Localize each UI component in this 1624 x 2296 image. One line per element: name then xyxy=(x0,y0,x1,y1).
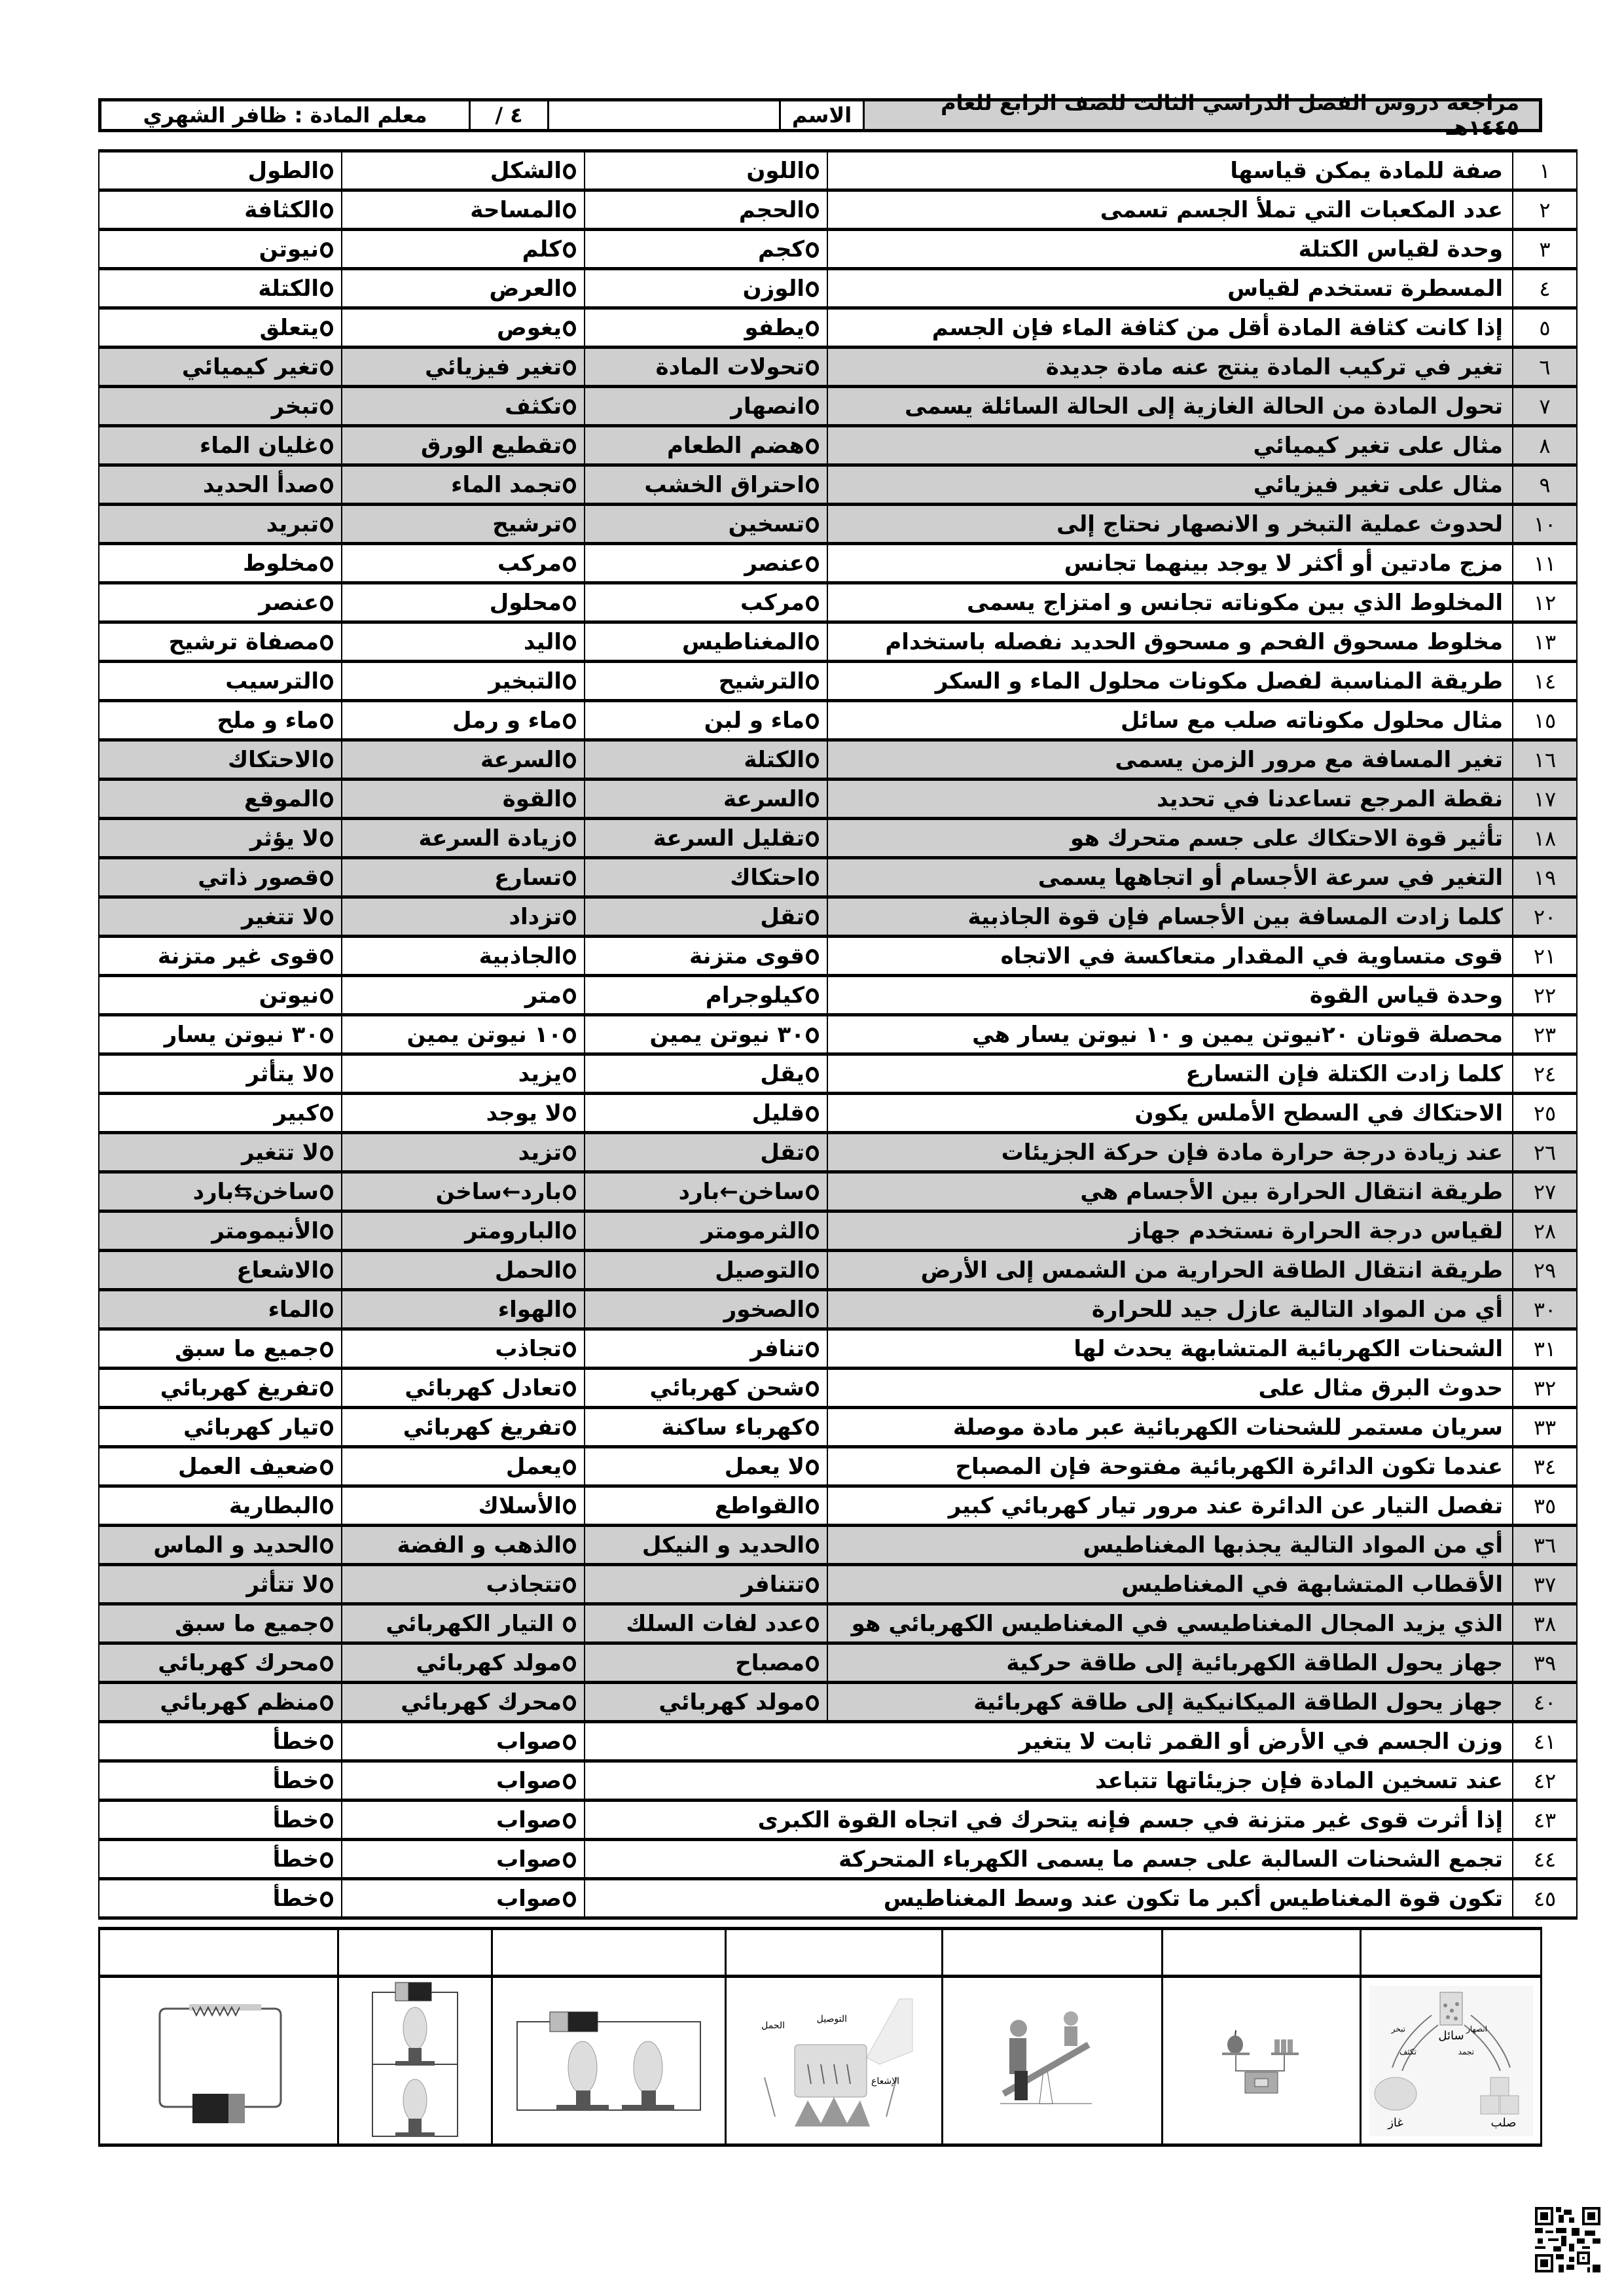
radio-circle-icon[interactable] xyxy=(563,792,576,808)
answer-cell-heat[interactable] xyxy=(726,1929,943,1977)
answer-option[interactable]: تكثف xyxy=(342,387,585,426)
answer-option[interactable]: خطأ xyxy=(99,1879,342,1918)
answer-option[interactable]: الوزن xyxy=(585,269,827,308)
question-number: ٤٠ xyxy=(1513,1683,1577,1722)
answer-option[interactable]: تتنافر xyxy=(585,1565,827,1604)
question-text: جهاز يحول الطاقة الميكانيكية إلى طاقة كه… xyxy=(827,1683,1513,1722)
radio-circle-icon[interactable] xyxy=(806,753,819,768)
answer-option[interactable]: يغوص xyxy=(342,308,585,348)
answer-option[interactable]: يعمل xyxy=(342,1447,585,1486)
radio-circle-icon[interactable] xyxy=(806,1420,819,1436)
question-row: ٤٥تكون قوة المغناطيس أكبر ما تكون عند وس… xyxy=(99,1879,1577,1918)
radio-circle-icon[interactable] xyxy=(320,1617,333,1632)
answer-option[interactable]: السرعة xyxy=(342,740,585,780)
answer-option[interactable]: صواب xyxy=(342,1879,585,1918)
option-label: الهواء xyxy=(498,1297,562,1323)
answer-option[interactable]: احتراق الخشب xyxy=(585,465,827,505)
answer-option[interactable]: السرعة xyxy=(585,780,827,819)
answer-option[interactable]: الحمل xyxy=(342,1251,585,1290)
answer-option[interactable]: منظم كهربائي xyxy=(99,1683,342,1722)
answer-option[interactable]: التوصيل xyxy=(585,1251,827,1290)
radio-circle-icon[interactable] xyxy=(563,1263,576,1279)
radio-circle-icon[interactable] xyxy=(563,360,576,376)
radio-circle-icon[interactable] xyxy=(806,635,819,651)
radio-circle-icon[interactable] xyxy=(320,596,333,611)
answer-option[interactable]: الشكل xyxy=(342,151,585,190)
answer-option[interactable]: لا تتأثر xyxy=(99,1565,342,1604)
radio-circle-icon[interactable] xyxy=(563,399,576,415)
answer-option[interactable]: تفريغ كهربائي xyxy=(99,1369,342,1408)
answer-option[interactable]: نيوتن xyxy=(99,230,342,269)
question-row: ١٧نقطة المرجع تساعدنا في تحديدالسرعةالقو… xyxy=(99,780,1577,819)
answer-cell-electromagnet[interactable] xyxy=(99,1929,338,1977)
answer-option[interactable]: كيلوجرام xyxy=(585,976,827,1015)
radio-circle-icon[interactable] xyxy=(806,556,819,572)
answer-option[interactable]: ماء و لبن xyxy=(585,701,827,740)
radio-circle-icon[interactable] xyxy=(320,517,333,533)
answer-option[interactable]: كلم xyxy=(342,230,585,269)
answer-option[interactable]: ٣٠ نيوتن يسار xyxy=(99,1015,342,1054)
radio-circle-icon[interactable] xyxy=(563,1734,576,1750)
radio-circle-icon[interactable] xyxy=(563,1499,576,1515)
answer-option[interactable]: البطارية xyxy=(99,1486,342,1526)
answer-option[interactable]: بارد←ساخن xyxy=(342,1172,585,1211)
answer-option[interactable]: تحولات المادة xyxy=(585,348,827,387)
answer-option[interactable]: الحديد و النيكل xyxy=(585,1526,827,1565)
answer-option[interactable]: كبير xyxy=(99,1094,342,1133)
option-label: تجمد الماء xyxy=(451,472,562,498)
answer-option[interactable]: الطول xyxy=(99,151,342,190)
option-label: كجم xyxy=(758,236,804,262)
radio-circle-icon[interactable] xyxy=(563,478,576,493)
answer-option[interactable]: مركب xyxy=(342,544,585,583)
answer-option[interactable]: العرض xyxy=(342,269,585,308)
answer-option[interactable]: تبخر xyxy=(99,387,342,426)
answer-option[interactable]: احتكاك xyxy=(585,858,827,897)
answer-option[interactable]: جميع ما سبق xyxy=(99,1329,342,1369)
answer-option[interactable]: خطأ xyxy=(99,1722,342,1761)
radio-circle-icon[interactable] xyxy=(320,439,333,454)
radio-circle-icon[interactable] xyxy=(320,203,333,219)
radio-circle-icon[interactable] xyxy=(320,910,333,925)
answer-option[interactable]: متر xyxy=(342,976,585,1015)
answer-option[interactable]: لا يوجد xyxy=(342,1094,585,1133)
question-number: ٢٤ xyxy=(1513,1054,1577,1094)
option-label: المغناطيس xyxy=(682,629,804,655)
answer-option[interactable]: لا يؤثر xyxy=(99,819,342,858)
radio-circle-icon[interactable] xyxy=(563,1342,576,1357)
radio-circle-icon[interactable] xyxy=(806,1028,819,1043)
radio-circle-icon[interactable] xyxy=(320,1538,333,1554)
answer-option[interactable]: تيار كهربائي xyxy=(99,1408,342,1447)
svg-text:الإشعاع: الإشعاع xyxy=(871,2076,899,2087)
answer-option[interactable]: ساخن←بارد xyxy=(585,1172,827,1211)
radio-circle-icon[interactable] xyxy=(320,1695,333,1711)
answer-option[interactable]: تفريغ كهربائي xyxy=(342,1408,585,1447)
answer-option[interactable]: تقل xyxy=(585,1133,827,1172)
answer-option[interactable]: ٣٠ نيوتن يمين xyxy=(585,1015,827,1054)
radio-circle-icon[interactable] xyxy=(563,1460,576,1475)
answer-option[interactable]: قوى غير متزنة xyxy=(99,937,342,976)
question-row: ٤المسطرة تستخدم لقياسالوزنالعرضالكتلة xyxy=(99,269,1577,308)
radio-circle-icon[interactable] xyxy=(320,674,333,690)
answer-option[interactable]: البارومتر xyxy=(342,1211,585,1251)
radio-circle-icon[interactable] xyxy=(563,831,576,847)
radio-circle-icon[interactable] xyxy=(563,203,576,219)
answer-option[interactable]: لا يعمل xyxy=(585,1447,827,1486)
answer-option[interactable]: الموقع xyxy=(99,780,342,819)
answer-option[interactable]: زيادة السرعة xyxy=(342,819,585,858)
answer-option[interactable]: الماء xyxy=(99,1290,342,1329)
radio-circle-icon[interactable] xyxy=(806,949,819,965)
answer-option[interactable]: قصور ذاتي xyxy=(99,858,342,897)
radio-circle-icon[interactable] xyxy=(563,1577,576,1593)
radio-circle-icon[interactable] xyxy=(563,870,576,886)
radio-circle-icon[interactable] xyxy=(563,1538,576,1554)
radio-circle-icon[interactable] xyxy=(320,949,333,965)
answer-option[interactable]: محرك كهربائي xyxy=(99,1643,342,1683)
answer-option[interactable]: تقل xyxy=(585,897,827,937)
answer-cell-parallel[interactable] xyxy=(338,1929,492,1977)
radio-circle-icon[interactable] xyxy=(806,1577,819,1593)
answer-option[interactable]: يتعلق xyxy=(99,308,342,348)
question-number: ٣٩ xyxy=(1513,1643,1577,1683)
radio-circle-icon[interactable] xyxy=(563,596,576,611)
answer-option[interactable]: ماء و رمل xyxy=(342,701,585,740)
radio-circle-icon[interactable] xyxy=(320,1106,333,1122)
answer-option[interactable]: الحجم xyxy=(585,190,827,230)
radio-circle-icon[interactable] xyxy=(320,1774,333,1789)
radio-circle-icon[interactable] xyxy=(320,1028,333,1043)
answer-option[interactable]: الصخور xyxy=(585,1290,827,1329)
answer-option[interactable]: صواب xyxy=(342,1722,585,1761)
answer-option[interactable]: خطأ xyxy=(99,1801,342,1840)
answer-option[interactable]: الاحتكاك xyxy=(99,740,342,780)
radio-circle-icon[interactable] xyxy=(563,1028,576,1043)
option-label: تتجاذب xyxy=(486,1571,562,1598)
radio-circle-icon[interactable] xyxy=(320,753,333,768)
radio-circle-icon[interactable] xyxy=(563,1656,576,1672)
radio-circle-icon[interactable] xyxy=(563,1695,576,1711)
answer-cell-balance[interactable] xyxy=(1163,1929,1361,1977)
option-label: احتكاك xyxy=(730,865,804,891)
answer-option[interactable]: الحديد و الماس xyxy=(99,1526,342,1565)
radio-circle-icon[interactable] xyxy=(563,517,576,533)
answer-cell-series[interactable] xyxy=(492,1929,726,1977)
answer-cell-seesaw[interactable] xyxy=(943,1929,1163,1977)
radio-circle-icon[interactable] xyxy=(320,478,333,493)
radio-circle-icon[interactable] xyxy=(563,1067,576,1083)
radio-circle-icon[interactable] xyxy=(320,399,333,415)
answer-option[interactable]: ماء و ملح xyxy=(99,701,342,740)
answer-cell-states[interactable] xyxy=(1361,1929,1542,1977)
answer-option[interactable]: مصباح xyxy=(585,1643,827,1683)
answer-option[interactable]: ساخن⇆بارد xyxy=(99,1172,342,1211)
answer-option[interactable]: صواب xyxy=(342,1801,585,1840)
answer-option[interactable]: الترسيب xyxy=(99,662,342,701)
question-number: ١٤ xyxy=(1513,662,1577,701)
radio-circle-icon[interactable] xyxy=(563,1224,576,1240)
answer-option[interactable]: عنصر xyxy=(585,544,827,583)
answer-option[interactable]: الأسلاك xyxy=(342,1486,585,1526)
radio-circle-icon[interactable] xyxy=(806,281,819,297)
radio-circle-icon[interactable] xyxy=(320,1381,333,1397)
radio-circle-icon[interactable] xyxy=(320,1813,333,1829)
radio-circle-icon[interactable] xyxy=(320,164,333,179)
answer-option[interactable]: تغير فيزيائي xyxy=(342,348,585,387)
answer-option[interactable]: عنصر xyxy=(99,583,342,622)
answer-option[interactable]: تزداد xyxy=(342,897,585,937)
answer-option[interactable]: ترشيح xyxy=(342,505,585,544)
option-label: بارد←ساخن xyxy=(436,1179,562,1205)
radio-circle-icon[interactable] xyxy=(806,1067,819,1083)
radio-circle-icon[interactable] xyxy=(806,478,819,493)
answer-option[interactable]: تقطيع الورق xyxy=(342,426,585,465)
radio-circle-icon[interactable] xyxy=(806,517,819,533)
radio-circle-icon[interactable] xyxy=(563,1852,576,1868)
radio-circle-icon[interactable] xyxy=(320,1852,333,1868)
question-text: تغير المسافة مع مرور الزمن يسمى xyxy=(827,740,1513,780)
heat-transfer-icon: الحمل التوصيل الإشعاع xyxy=(749,1992,919,2130)
answer-option[interactable]: مولد كهربائي xyxy=(585,1683,827,1722)
answer-option[interactable]: الثرمومتر xyxy=(585,1211,827,1251)
radio-circle-icon[interactable] xyxy=(806,439,819,454)
radio-circle-icon[interactable] xyxy=(806,988,819,1004)
answer-option[interactable]: اللون xyxy=(585,151,827,190)
answer-option[interactable]: تنافر xyxy=(585,1329,827,1369)
radio-circle-icon[interactable] xyxy=(806,1695,819,1711)
radio-circle-icon[interactable] xyxy=(806,399,819,415)
radio-circle-icon[interactable] xyxy=(320,281,333,297)
radio-circle-icon[interactable] xyxy=(320,242,333,258)
svg-text:سائل: سائل xyxy=(1438,2029,1464,2043)
answer-option[interactable]: قوى متزنة xyxy=(585,937,827,976)
radio-circle-icon[interactable] xyxy=(320,988,333,1004)
radio-circle-icon[interactable] xyxy=(320,1460,333,1475)
radio-circle-icon[interactable] xyxy=(806,1499,819,1515)
answer-option[interactable]: صواب xyxy=(342,1840,585,1879)
radio-circle-icon[interactable] xyxy=(320,360,333,376)
radio-circle-icon[interactable] xyxy=(563,1106,576,1122)
answer-option[interactable]: مركب xyxy=(585,583,827,622)
radio-circle-icon[interactable] xyxy=(806,674,819,690)
radio-circle-icon[interactable] xyxy=(806,713,819,729)
radio-circle-icon[interactable] xyxy=(563,1774,576,1789)
question-text: سريان مستمر للشحنات الكهربائية عبر مادة … xyxy=(827,1408,1513,1447)
radio-circle-icon[interactable] xyxy=(806,1381,819,1397)
answer-option[interactable]: قليل xyxy=(585,1094,827,1133)
answer-option[interactable]: كهرباء ساكنة xyxy=(585,1408,827,1447)
answer-option[interactable]: الكتلة xyxy=(99,269,342,308)
radio-circle-icon[interactable] xyxy=(806,792,819,808)
radio-circle-icon[interactable] xyxy=(806,1538,819,1554)
answer-option[interactable]: تجمد الماء xyxy=(342,465,585,505)
name-field[interactable] xyxy=(547,101,779,129)
answer-option[interactable]: لا تتغير xyxy=(99,1133,342,1172)
radio-circle-icon[interactable] xyxy=(806,1185,819,1200)
radio-circle-icon[interactable] xyxy=(320,321,333,336)
radio-circle-icon[interactable] xyxy=(320,1892,333,1907)
answer-option[interactable]: تتجاذب xyxy=(342,1565,585,1604)
answer-option[interactable]: تعادل كهربائي xyxy=(342,1369,585,1408)
radio-circle-icon[interactable] xyxy=(320,1067,333,1083)
answer-option[interactable]: يطفو xyxy=(585,308,827,348)
radio-circle-icon[interactable] xyxy=(320,1577,333,1593)
answer-option[interactable]: الأنيمومتر xyxy=(99,1211,342,1251)
question-row: ٢٠كلما زادت المسافة بين الأجسام فإن قوة … xyxy=(99,897,1577,937)
radio-circle-icon[interactable] xyxy=(806,1263,819,1279)
radio-circle-icon[interactable] xyxy=(806,242,819,258)
answer-option[interactable]: الاشعاع xyxy=(99,1251,342,1290)
radio-circle-icon[interactable] xyxy=(806,1224,819,1240)
option-label: الذهب و الفضة xyxy=(397,1532,562,1558)
radio-circle-icon[interactable] xyxy=(806,831,819,847)
radio-circle-icon[interactable] xyxy=(563,1617,576,1632)
answer-option[interactable]: خطأ xyxy=(99,1761,342,1801)
answer-option[interactable]: كجم xyxy=(585,230,827,269)
radio-circle-icon[interactable] xyxy=(320,1302,333,1318)
option-label: الطول xyxy=(248,158,319,184)
radio-circle-icon[interactable] xyxy=(563,1185,576,1200)
radio-circle-icon[interactable] xyxy=(563,1381,576,1397)
radio-circle-icon[interactable] xyxy=(806,910,819,925)
radio-circle-icon[interactable] xyxy=(320,831,333,847)
radio-circle-icon[interactable] xyxy=(563,910,576,925)
radio-circle-icon[interactable] xyxy=(563,439,576,454)
answer-option[interactable]: يقل xyxy=(585,1054,827,1094)
answer-option[interactable]: خطأ xyxy=(99,1840,342,1879)
answer-option[interactable]: هضم الطعام xyxy=(585,426,827,465)
radio-circle-icon[interactable] xyxy=(320,556,333,572)
radio-circle-icon[interactable] xyxy=(320,1499,333,1515)
radio-circle-icon[interactable] xyxy=(806,203,819,219)
radio-circle-icon[interactable] xyxy=(806,1302,819,1318)
option-label: خطأ xyxy=(273,1807,319,1833)
answer-option[interactable]: مولد كهربائي xyxy=(342,1643,585,1683)
radio-circle-icon[interactable] xyxy=(806,596,819,611)
answer-option[interactable]: التبخير xyxy=(342,662,585,701)
question-text: التغير في سرعة الأجسام أو اتجاهها يسمى xyxy=(827,858,1513,897)
answer-option[interactable]: تسارع xyxy=(342,858,585,897)
radio-circle-icon[interactable] xyxy=(563,556,576,572)
answer-option[interactable]: غليان الماء xyxy=(99,426,342,465)
answer-option[interactable]: صواب xyxy=(342,1761,585,1801)
answer-option[interactable]: صدأ الحديد xyxy=(99,465,342,505)
answer-option[interactable]: المغناطيس xyxy=(585,622,827,662)
answer-option[interactable]: ١٠ نيوتن يمين xyxy=(342,1015,585,1054)
radio-circle-icon[interactable] xyxy=(320,870,333,886)
answer-option[interactable]: القوة xyxy=(342,780,585,819)
answer-option[interactable]: الكتلة xyxy=(585,740,827,780)
radio-circle-icon[interactable] xyxy=(563,1145,576,1161)
radio-circle-icon[interactable] xyxy=(806,360,819,376)
radio-circle-icon[interactable] xyxy=(806,1460,819,1475)
radio-circle-icon[interactable] xyxy=(320,1145,333,1161)
answer-option[interactable]: جميع ما سبق xyxy=(99,1604,342,1643)
radio-circle-icon[interactable] xyxy=(563,674,576,690)
question-text: أي من المواد التالية عازل جيد للحرارة xyxy=(827,1290,1513,1329)
radio-circle-icon[interactable] xyxy=(563,635,576,651)
radio-circle-icon[interactable] xyxy=(563,1302,576,1318)
answer-option[interactable]: تبريد xyxy=(99,505,342,544)
answer-option[interactable]: القواطع xyxy=(585,1486,827,1526)
radio-circle-icon[interactable] xyxy=(563,988,576,1004)
answer-option[interactable]: الترشيح xyxy=(585,662,827,701)
radio-circle-icon[interactable] xyxy=(563,1813,576,1829)
radio-circle-icon[interactable] xyxy=(806,1145,819,1161)
radio-circle-icon[interactable] xyxy=(320,1263,333,1279)
radio-circle-icon[interactable] xyxy=(806,321,819,336)
answer-option[interactable]: الجاذبية xyxy=(342,937,585,976)
option-label: تتنافر xyxy=(741,1571,804,1598)
radio-circle-icon[interactable] xyxy=(563,321,576,336)
radio-circle-icon[interactable] xyxy=(563,1420,576,1436)
radio-circle-icon[interactable] xyxy=(806,1106,819,1122)
question-row: ٣٠أي من المواد التالية عازل جيد للحرارةا… xyxy=(99,1290,1577,1329)
answer-option[interactable]: نيوتن xyxy=(99,976,342,1015)
answer-option[interactable]: مخلوط xyxy=(99,544,342,583)
answer-option[interactable]: التيار الكهربائي xyxy=(342,1604,585,1643)
radio-circle-icon[interactable] xyxy=(563,1892,576,1907)
radio-circle-icon[interactable] xyxy=(320,1420,333,1436)
answer-option[interactable]: تغير كيميائي xyxy=(99,348,342,387)
answer-option[interactable]: شحن كهربائي xyxy=(585,1369,827,1408)
answer-option[interactable]: تسخين xyxy=(585,505,827,544)
radio-circle-icon[interactable] xyxy=(806,164,819,179)
radio-circle-icon[interactable] xyxy=(320,1224,333,1240)
radio-circle-icon[interactable] xyxy=(806,1342,819,1357)
radio-circle-icon[interactable] xyxy=(320,1734,333,1750)
radio-circle-icon[interactable] xyxy=(563,753,576,768)
question-text: عندما تكون الدائرة الكهربائية مفتوحة فإن… xyxy=(827,1447,1513,1486)
answer-option[interactable]: الذهب و الفضة xyxy=(342,1526,585,1565)
answer-option[interactable]: تجاذب xyxy=(342,1329,585,1369)
answer-option[interactable]: محرك كهربائي xyxy=(342,1683,585,1722)
answer-option[interactable]: عدد لفات السلك xyxy=(585,1604,827,1643)
radio-circle-icon[interactable] xyxy=(320,1342,333,1357)
radio-circle-icon[interactable] xyxy=(320,1656,333,1672)
option-label: تجاذب xyxy=(495,1336,562,1362)
option-label: يطفو xyxy=(744,315,804,341)
radio-circle-icon[interactable] xyxy=(563,164,576,179)
radio-circle-icon[interactable] xyxy=(320,635,333,651)
answer-option[interactable]: لا يتأثر xyxy=(99,1054,342,1094)
question-text: تغير في تركيب المادة ينتج عنه مادة جديدة xyxy=(827,348,1513,387)
answer-option[interactable]: يزيد xyxy=(342,1054,585,1094)
answer-option[interactable]: اليد xyxy=(342,622,585,662)
radio-circle-icon[interactable] xyxy=(806,1617,819,1632)
radio-circle-icon[interactable] xyxy=(320,792,333,808)
radio-circle-icon[interactable] xyxy=(563,242,576,258)
radio-circle-icon[interactable] xyxy=(320,1185,333,1200)
answer-option[interactable]: لا تتغير xyxy=(99,897,342,937)
answer-option[interactable]: مصفاة ترشيح xyxy=(99,622,342,662)
answer-option[interactable]: الهواء xyxy=(342,1290,585,1329)
radio-circle-icon[interactable] xyxy=(806,870,819,886)
radio-circle-icon[interactable] xyxy=(563,949,576,965)
answer-option[interactable]: تزيد xyxy=(342,1133,585,1172)
answer-option[interactable]: انصهار xyxy=(585,387,827,426)
answer-option[interactable]: الكثافة xyxy=(99,190,342,230)
answer-option[interactable]: محلول xyxy=(342,583,585,622)
radio-circle-icon[interactable] xyxy=(806,1656,819,1672)
radio-circle-icon[interactable] xyxy=(563,713,576,729)
answer-option[interactable]: تقليل السرعة xyxy=(585,819,827,858)
answer-option[interactable]: المساحة xyxy=(342,190,585,230)
answer-option[interactable]: ضعيف العمل xyxy=(99,1447,342,1486)
radio-circle-icon[interactable] xyxy=(320,713,333,729)
radio-circle-icon[interactable] xyxy=(563,281,576,297)
